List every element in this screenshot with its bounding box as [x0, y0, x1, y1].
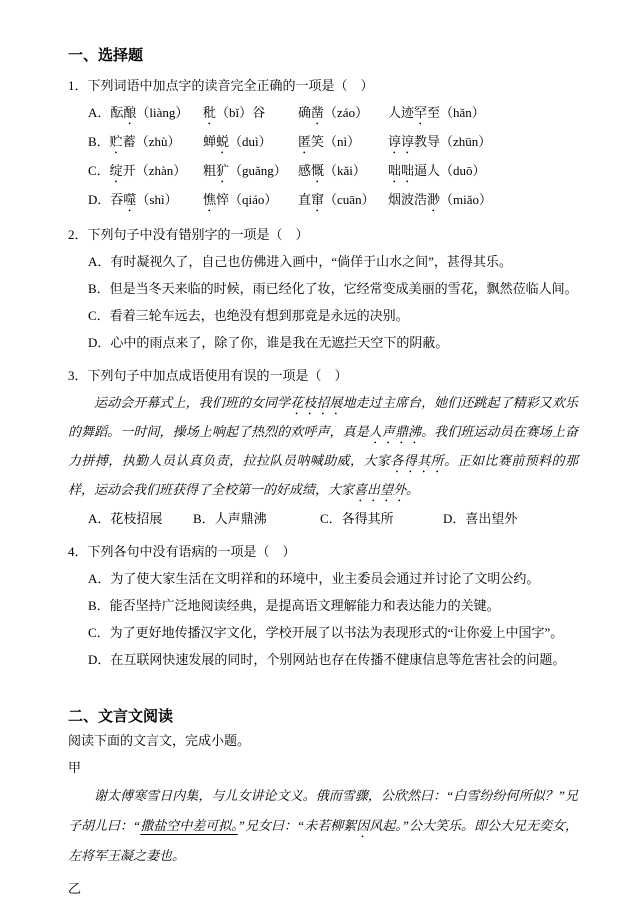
q1-a-item4: 人迹罕至（hǎn） — [388, 105, 485, 120]
emphasized-characters: 谆谆 — [388, 134, 414, 149]
option-label: C． — [88, 163, 110, 178]
q1-c-item1: C．绽开（zhàn） — [88, 157, 203, 186]
underlined-phrase: 撒盐空中差可拟。 — [140, 818, 238, 833]
q1-a-item2: 秕（bǐ）谷 — [203, 99, 298, 128]
emphasized-characters: 蜕 — [216, 134, 229, 149]
word-with-pinyin: 酝酿（liàng） — [110, 105, 188, 120]
text-run: （miǎo） — [440, 192, 492, 207]
exam-document-page: 一、选择题 1．下列词语中加点字的读音完全正确的一项是（ ） A．酝酿（liàn… — [0, 0, 634, 915]
text-run: （bǐ）谷 — [216, 105, 265, 120]
q1-d-item2: 憔悴（qiáo） — [203, 186, 298, 215]
q1-d-item3: 直窜（cuān） — [298, 186, 388, 215]
q1-b-item2: 蝉蜕（duì） — [203, 128, 298, 157]
q4-option-a: A．为了使大家生活在文明祥和的环境中，业主委员会通过并讨论了文明公约。 — [68, 565, 578, 592]
q3-options: A．花枝招展B．人声鼎沸C．各得其所D．喜出望外 — [68, 505, 578, 532]
option-label: A． — [88, 254, 110, 269]
q1-b-item4: 谆谆教导（zhūn） — [388, 134, 491, 149]
emphasized-characters: 酿 — [123, 105, 136, 120]
option-text: 喜出望外 — [465, 511, 517, 526]
passage-yi-label: 乙 — [68, 875, 578, 902]
emphasized-characters: 慨 — [311, 163, 324, 178]
emphasized-characters: 各得其所 — [390, 453, 444, 468]
q2-options: A．有时凝视久了，自己也仿佛进入画中，“倘佯于山水之间”，甚得其乐。 B．但是当… — [68, 248, 578, 356]
emphasized-characters: 凿 — [311, 105, 324, 120]
text-run: 运动会开幕式上，我们班的女同学 — [94, 395, 290, 410]
emphasized-characters: 窜 — [311, 192, 324, 207]
q1-d-item4: 烟波浩渺（miǎo） — [388, 192, 492, 207]
emphasized-characters: 绽 — [110, 163, 123, 178]
text-run: 蓄（zhù） — [123, 134, 181, 149]
emphasized-characters: 贮 — [110, 134, 123, 149]
option-text: 花枝招展 — [110, 511, 162, 526]
q2-option-c: C．看着三轮车远去，也绝没有想到那竟是永远的决别。 — [68, 302, 578, 329]
text-run: 吞 — [110, 192, 123, 207]
q1-c-item3: 感慨（kǎi） — [298, 157, 388, 186]
emphasized-characters: 匿 — [298, 134, 311, 149]
option-label: B． — [88, 134, 110, 149]
text-run: 蝉 — [203, 134, 216, 149]
option-label: B． — [88, 281, 110, 296]
option-text: 为了更好地传播汉字文化，学校开展了以书法为表现形式的“让你爱上中国字”。 — [110, 625, 564, 640]
q2-option-a: A．有时凝视久了，自己也仿佛进入画中，“倘佯于山水之间”，甚得其乐。 — [68, 248, 578, 275]
emphasized-characters: 花枝招展 — [290, 395, 342, 410]
emphasized-characters: 渺 — [427, 192, 440, 207]
section1-heading: 一、选择题 — [68, 46, 578, 66]
q3-option-d: D．喜出望外 — [443, 511, 517, 526]
text-run: （guǎng） — [229, 163, 287, 178]
text-run: 至（hǎn） — [427, 105, 485, 120]
option-label: D． — [88, 335, 110, 350]
emphasized-characters: 噬 — [123, 192, 136, 207]
option-text: 为了使大家生活在文明祥和的环境中，业主委员会通过并讨论了文明公约。 — [110, 571, 539, 586]
option-text: 心中的雨点来了，除了你，谁是我在无遮拦天空下的阴蔽。 — [110, 335, 448, 350]
option-label: C． — [88, 308, 110, 323]
q4-option-b: B．能否坚持广泛地阅读经典，是提高语文理解能力和表达能力的关键。 — [68, 592, 578, 619]
q3-option-b: B．人声鼎沸 — [193, 505, 320, 532]
option-label: A． — [88, 571, 110, 586]
q2-stem: 2．下列句子中没有错别字的一项是（ ） — [68, 221, 578, 248]
text-run: 人迹 — [388, 105, 414, 120]
option-text: 能否坚持广泛地阅读经典，是提高语文理解能力和表达能力的关键。 — [110, 598, 500, 613]
q1-option-row-d: D．吞噬（shì）憔悴（qiáo）直窜（cuān）烟波浩渺（miǎo） — [68, 186, 578, 215]
emphasized-characters: 罕 — [414, 105, 427, 120]
option-text: 各得其所 — [342, 511, 394, 526]
text-run: 笑（nì） — [311, 134, 360, 149]
q2-option-d: D．心中的雨点来了，除了你，谁是我在无遮拦天空下的阴蔽。 — [68, 329, 578, 356]
q2-option-b: B．但是当冬天来临的时候，雨已经化了妆，它经常变成美丽的雪花，飘然莅临人间。 — [68, 275, 578, 302]
q1-stem: 1．下列词语中加点字的读音完全正确的一项是（ ） — [68, 72, 578, 99]
text-run: 。 — [406, 482, 419, 497]
emphasized-characters: 因 — [356, 818, 369, 833]
option-text: 人声鼎沸 — [215, 511, 267, 526]
option-label: B． — [193, 511, 215, 526]
option-text: 看着三轮车远去，也绝没有想到那竟是永远的决别。 — [110, 308, 409, 323]
text-run: ”兄女曰：“未若柳絮 — [238, 818, 356, 833]
option-text: 在互联网快速发展的同时，个别网站也存在传播不健康信息等危害社会的问题。 — [110, 652, 565, 667]
text-run: （duì） — [229, 134, 272, 149]
q1-option-row-a: A．酝酿（liàng）秕（bǐ）谷确凿（záo）人迹罕至（hǎn） — [68, 99, 578, 128]
q1-options: A．酝酿（liàng）秕（bǐ）谷确凿（záo）人迹罕至（hǎn） B．贮蓄（z… — [68, 99, 578, 215]
word-with-pinyin: 吞噬（shì） — [110, 192, 177, 207]
passage-jia-text: 谢太傅寒雪日内集，与儿女讲论文义。俄而雪骤，公欣然曰：“白雪纷纷何所似？”兄子胡… — [68, 781, 578, 871]
text-run: （liàng） — [136, 105, 188, 120]
text-run: 酝 — [110, 105, 123, 120]
option-label: A． — [88, 105, 110, 120]
text-run: （shì） — [136, 192, 177, 207]
text-run: 粗 — [203, 163, 216, 178]
q1-option-row-c: C．绽开（zhàn）粗犷（guǎng）感慨（kǎi）咄咄逼人（duō） — [68, 157, 578, 186]
passage-jia-label: 甲 — [68, 754, 578, 781]
q4-stem: 4．下列各句中没有语病的一项是（ ） — [68, 538, 578, 565]
option-label: D． — [443, 511, 465, 526]
q3-option-c: C．各得其所 — [320, 505, 443, 532]
q4-option-c: C．为了更好地传播汉字文化，学校开展了以书法为表现形式的“让你爱上中国字”。 — [68, 619, 578, 646]
text-run: （kǎi） — [324, 163, 366, 178]
q4-option-d: D．在互联网快速发展的同时，个别网站也存在传播不健康信息等危害社会的问题。 — [68, 646, 578, 673]
q1-b-item3: 匿笑（nì） — [298, 128, 388, 157]
text-run: 悴（qiáo） — [216, 192, 277, 207]
q1-c-item4: 咄咄逼人（duō） — [388, 163, 486, 178]
q1-a-item1: A．酝酿（liàng） — [88, 99, 203, 128]
q3-passage: 运动会开幕式上，我们班的女同学花枝招展地走过主席台，她们还跳起了精彩又欢乐的舞蹈… — [68, 389, 578, 505]
q1-a-item3: 确凿（záo） — [298, 99, 388, 128]
option-label: C． — [88, 625, 110, 640]
option-text: 但是当冬天来临的时候，雨已经化了妆，它经常变成美丽的雪花，飘然莅临人间。 — [110, 281, 578, 296]
q1-b-item1: B．贮蓄（zhù） — [88, 128, 203, 157]
text-run: 确 — [298, 105, 311, 120]
text-run: 逼人（duō） — [414, 163, 486, 178]
emphasized-characters: 喜出望外 — [354, 482, 406, 497]
q3-option-a: A．花枝招展 — [88, 505, 193, 532]
text-run: 开（zhàn） — [123, 163, 187, 178]
q4-options: A．为了使大家生活在文明祥和的环境中，业主委员会通过并讨论了文明公约。 B．能否… — [68, 565, 578, 673]
option-label: D． — [88, 652, 110, 667]
q1-option-row-b: B．贮蓄（zhù）蝉蜕（duì）匿笑（nì）谆谆教导（zhūn） — [68, 128, 578, 157]
section2-intro: 阅读下面的文言文，完成小题。 — [68, 727, 578, 754]
text-run: 烟波浩 — [388, 192, 427, 207]
emphasized-characters: 憔 — [203, 192, 216, 207]
q3-stem: 3．下列句子中加点成语使用有误的一项是（ ） — [68, 362, 578, 389]
text-run: （cuān） — [324, 192, 375, 207]
text-run: 教导（zhūn） — [414, 134, 491, 149]
section2-heading: 二、文言文阅读 — [68, 707, 578, 727]
emphasized-characters: 人声鼎沸 — [369, 424, 421, 439]
option-label: C． — [320, 511, 342, 526]
text-run: 感 — [298, 163, 311, 178]
emphasized-characters: 秕 — [203, 105, 216, 120]
word-with-pinyin: 贮蓄（zhù） — [110, 134, 181, 149]
text-run: （záo） — [324, 105, 368, 120]
option-label: A． — [88, 511, 110, 526]
q1-c-item2: 粗犷（guǎng） — [203, 157, 298, 186]
emphasized-characters: 咄咄 — [388, 163, 414, 178]
option-text: 有时凝视久了，自己也仿佛进入画中，“倘佯于山水之间”，甚得其乐。 — [110, 254, 512, 269]
text-run: 直 — [298, 192, 311, 207]
q1-d-item1: D．吞噬（shì） — [88, 186, 203, 215]
option-label: D． — [88, 192, 110, 207]
word-with-pinyin: 绽开（zhàn） — [110, 163, 187, 178]
emphasized-characters: 犷 — [216, 163, 229, 178]
option-label: B． — [88, 598, 110, 613]
